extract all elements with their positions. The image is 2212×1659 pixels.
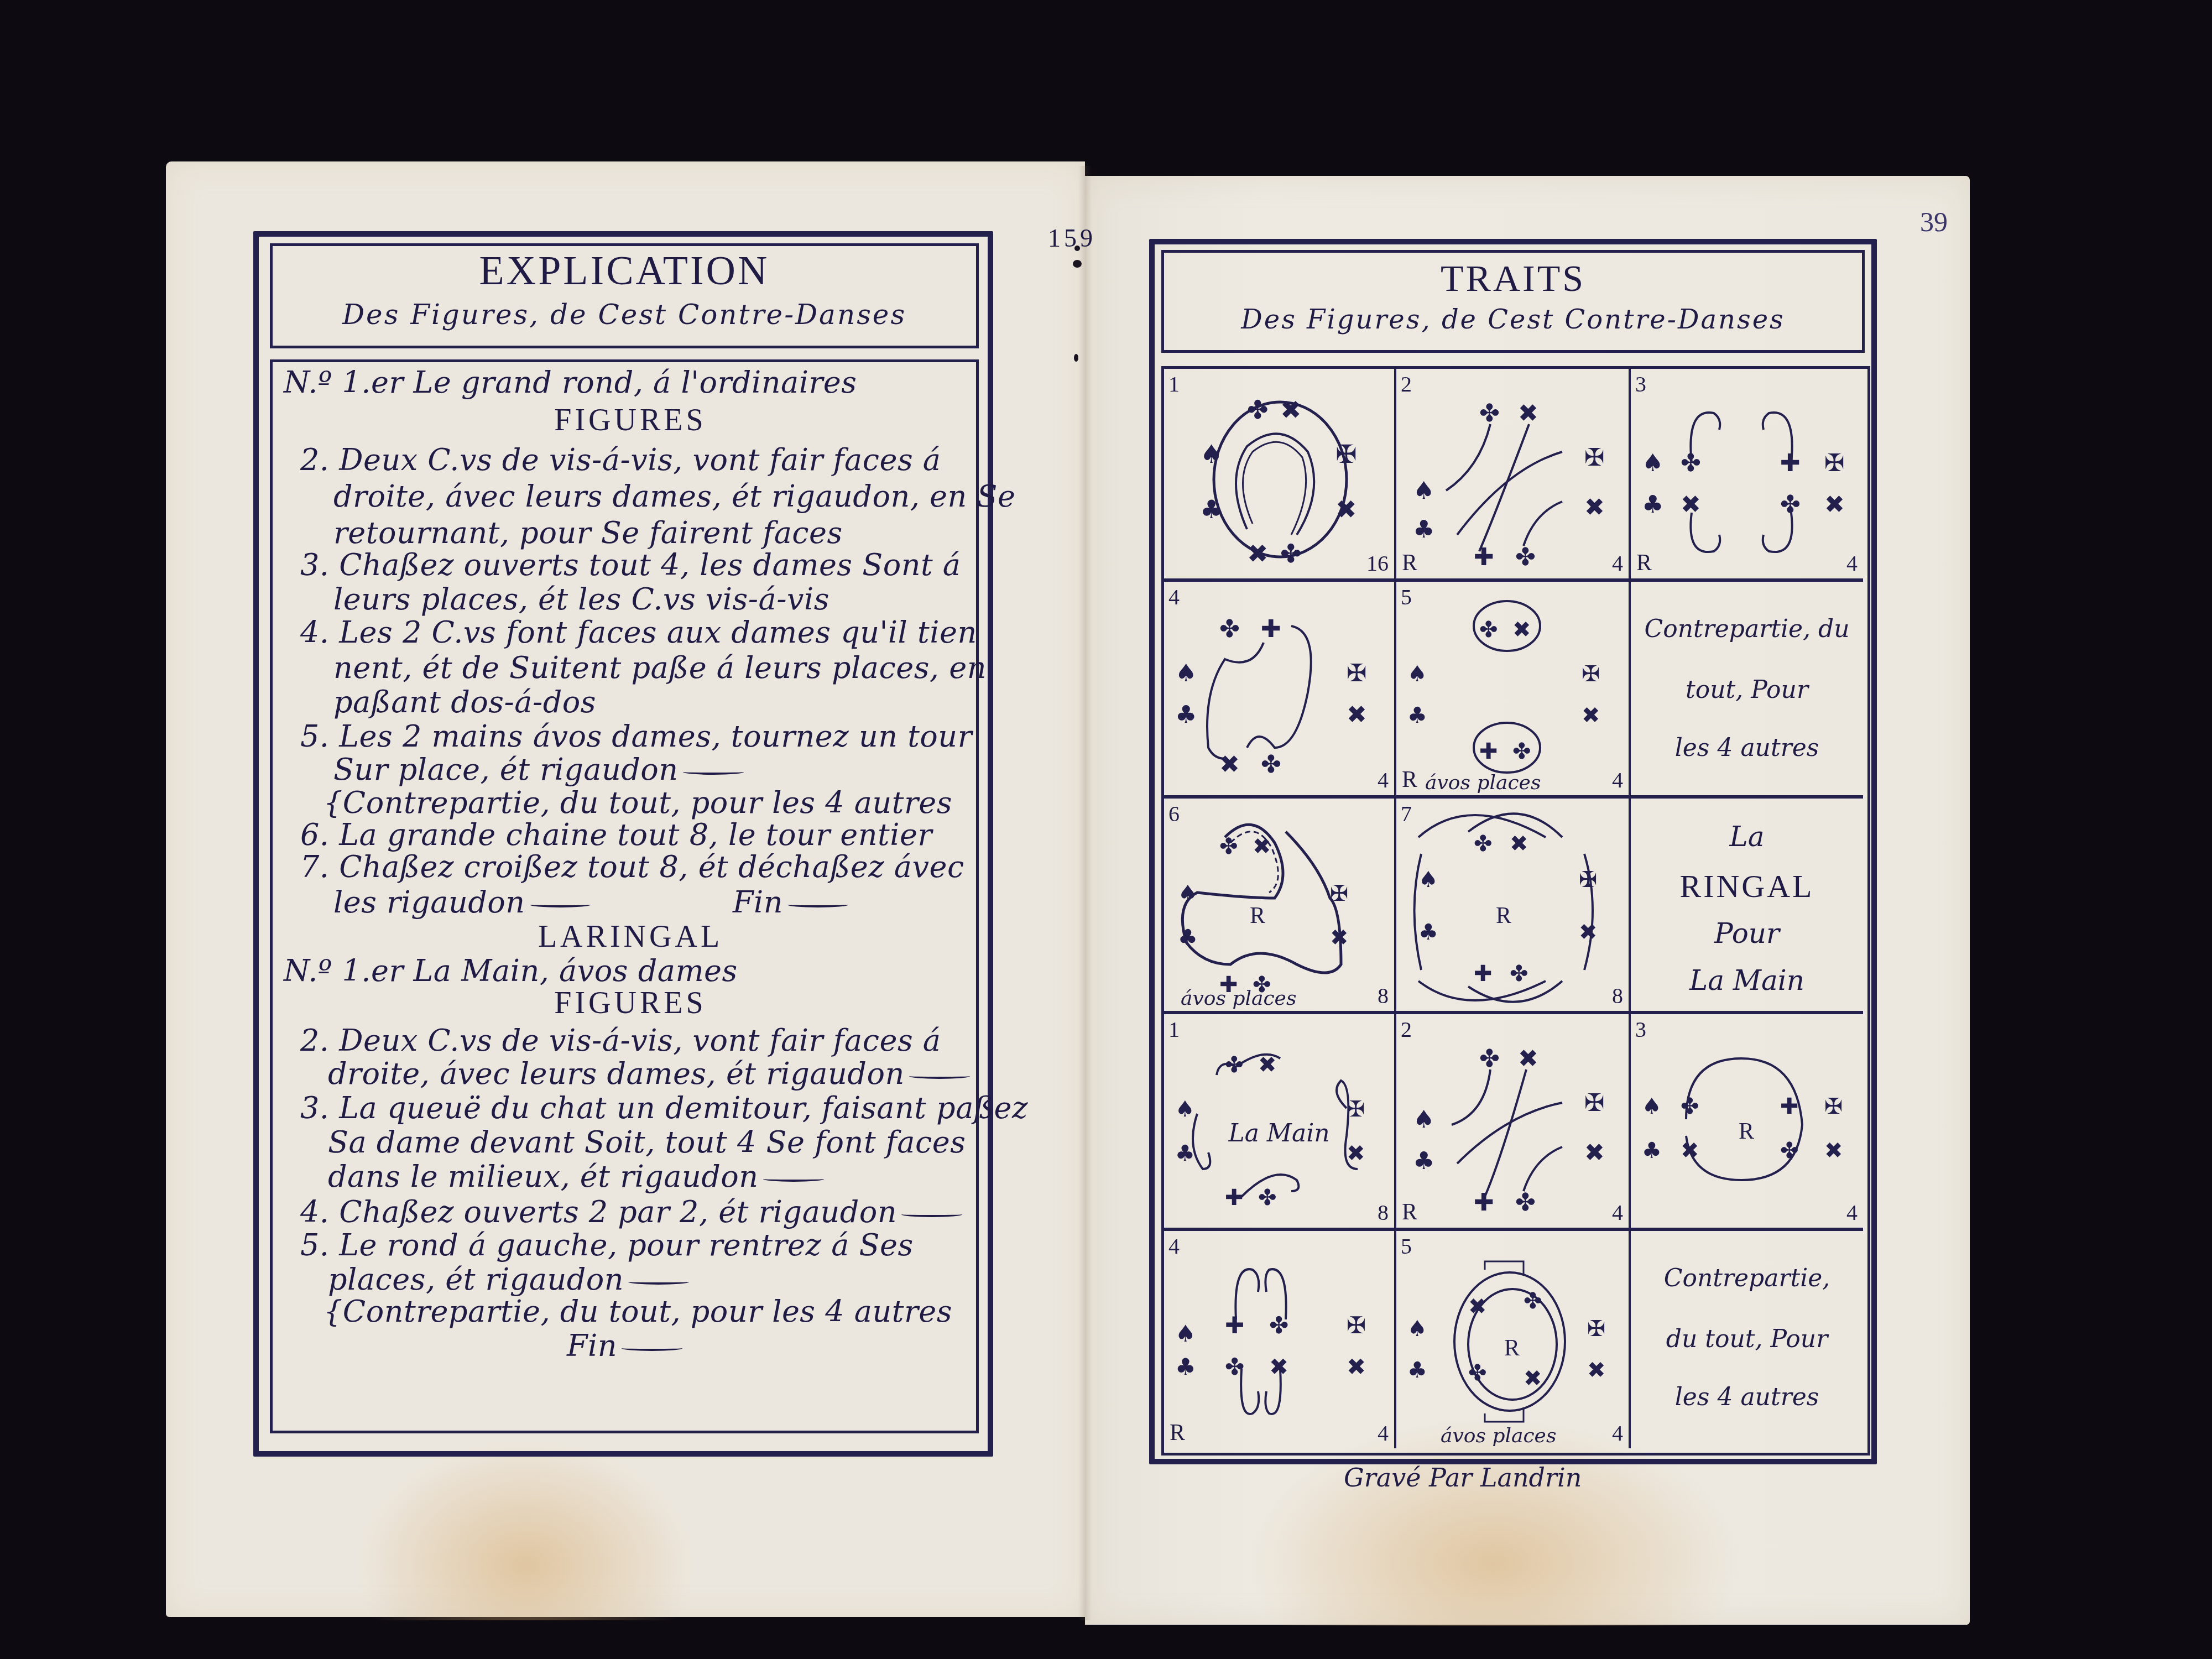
svg-text:R: R bbox=[1739, 1119, 1754, 1144]
measure-count: 4 bbox=[1612, 1420, 1623, 1446]
svg-text:✖: ✖ bbox=[1512, 617, 1531, 643]
contrepartie-line: {Contrepartie, du tout, pour les 4 autre… bbox=[324, 785, 952, 820]
diagram-cell: 4 ✤✚ ♠✠ ♣✖ ✖✤ 4 bbox=[1164, 582, 1396, 799]
measure-count: 8 bbox=[1378, 983, 1389, 1009]
reprise-mark: R bbox=[1402, 550, 1417, 576]
cell-caption: ávos places bbox=[1181, 987, 1296, 1010]
svg-text:✖: ✖ bbox=[1824, 491, 1845, 519]
svg-text:✖: ✖ bbox=[1524, 1366, 1542, 1391]
svg-text:♠: ♠ bbox=[1175, 659, 1197, 687]
figure-line: leurs places, ét les C.vs vis-á-vis bbox=[333, 582, 830, 617]
svg-text:✖: ✖ bbox=[1347, 1353, 1366, 1380]
svg-text:✖: ✖ bbox=[1518, 1045, 1538, 1073]
figure-line: les rigaudon bbox=[333, 885, 591, 920]
svg-text:♠: ♠ bbox=[1175, 1320, 1196, 1347]
svg-text:♠: ♠ bbox=[1413, 1105, 1434, 1134]
svg-text:✠: ✠ bbox=[1824, 449, 1845, 477]
diagram-cell: 5 ✤✖ ♠✠ ♣✖ ✚✤ R ávos places 4 bbox=[1396, 582, 1631, 799]
svg-text:♣: ♣ bbox=[1413, 1147, 1434, 1175]
svg-text:✤: ✤ bbox=[1510, 961, 1528, 987]
svg-text:✖: ✖ bbox=[1258, 1052, 1277, 1078]
figure-line: 4. Chaßez ouverts 2 par 2, ét rigaudon bbox=[300, 1194, 962, 1229]
svg-text:✤: ✤ bbox=[1219, 615, 1240, 643]
diagram-cell: 3 ♠✤✚✠ ♣✖✤✖ R 4 bbox=[1631, 1014, 1863, 1231]
svg-text:✖: ✖ bbox=[1824, 1138, 1843, 1164]
page-title-explication: EXPLICATION bbox=[270, 248, 979, 295]
queue-du-chat-diagram-icon: ♠✤✚✠ ♣✖✤✖ R bbox=[1631, 1014, 1863, 1231]
measure-count: 4 bbox=[1378, 1420, 1389, 1446]
svg-text:✠: ✠ bbox=[1587, 1316, 1606, 1342]
figure-line: 3. Chaßez ouverts tout 4, les dames Sont… bbox=[300, 547, 961, 582]
dance-title-laringal: LARINGAL bbox=[279, 919, 982, 954]
svg-text:♣: ♣ bbox=[1642, 1138, 1662, 1164]
measure-count: 4 bbox=[1612, 1199, 1623, 1225]
water-stain-left bbox=[354, 1438, 697, 1620]
svg-text:♠: ♠ bbox=[1407, 661, 1427, 687]
figure-line: 2. Deux C.vs de vis-á-vis, vont fair fac… bbox=[300, 442, 941, 477]
svg-text:✖: ✖ bbox=[1579, 920, 1598, 945]
rond-a-gauche-diagram-icon: ✖✤ ♠✠ ♣✖ ✤✖ R bbox=[1396, 1231, 1631, 1448]
right-title-block: TRAITS Des Figures, de Cest Contre-Danse… bbox=[1161, 250, 1865, 353]
dos-a-dos-diagram-icon: ✤✚ ♠✠ ♣✖ ✖✤ bbox=[1164, 582, 1396, 799]
diagram-cell: 2 ✤✖ ♠✠ ♣✖ ✚✤ R 4 bbox=[1396, 369, 1631, 582]
grand-rond-diagram-icon: ✤✖ ♠✠ ♣✖ ✖✤ bbox=[1164, 369, 1396, 582]
vis-a-vis-diagram-icon: ✤✖ ♠✠ ♣✖ ✚✤ bbox=[1396, 369, 1631, 582]
svg-text:✖: ✖ bbox=[1584, 1139, 1605, 1167]
measure-count: 4 bbox=[1846, 550, 1858, 576]
ringal-text: La bbox=[1631, 821, 1863, 853]
svg-text:✖: ✖ bbox=[1587, 1358, 1606, 1383]
svg-text:✚: ✚ bbox=[1261, 615, 1281, 643]
contrepartie-text: Contrepartie, du bbox=[1631, 615, 1863, 643]
svg-text:✚: ✚ bbox=[1225, 1185, 1244, 1211]
svg-text:♠: ♠ bbox=[1642, 449, 1663, 477]
svg-text:R: R bbox=[1250, 903, 1265, 928]
reprise-mark: R bbox=[1402, 1199, 1417, 1225]
cell-caption: ávos places bbox=[1441, 1425, 1556, 1447]
svg-text:✠: ✠ bbox=[1347, 1312, 1366, 1339]
deux-mains-diagram-icon: ✤✖ ♠✠ ♣✖ ✚✤ bbox=[1396, 582, 1631, 799]
measure-count: 4 bbox=[1846, 1199, 1858, 1225]
figure-line: Sur place, ét rigaudon bbox=[333, 752, 744, 787]
svg-text:♠: ♠ bbox=[1407, 1316, 1427, 1342]
binding-hole bbox=[1073, 260, 1082, 268]
svg-text:✖: ✖ bbox=[1247, 539, 1269, 568]
svg-text:✤: ✤ bbox=[1681, 1094, 1699, 1119]
figure-line: 4. Les 2 C.vs font faces aux dames qu'il… bbox=[300, 615, 977, 650]
svg-text:✚: ✚ bbox=[1479, 739, 1498, 764]
svg-text:✚: ✚ bbox=[1780, 1094, 1799, 1119]
svg-text:✚: ✚ bbox=[1474, 543, 1494, 571]
figure-diagram-grid: 1 ✤✖ ♠✠ ♣✖ ✖✤ 16 2 ✤✖ ♠✠ ♣✖ ✚✤ bbox=[1161, 366, 1870, 1455]
figure-line: 5. Le rond á gauche, pour rentrez á Ses bbox=[300, 1228, 914, 1262]
figure-line: 3. La queuë du chat un demitour, faisant… bbox=[300, 1091, 1028, 1125]
svg-text:✖: ✖ bbox=[1582, 703, 1600, 728]
figure-line: 2. Deux C.vs de vis-á-vis, vont fair fac… bbox=[300, 1023, 941, 1058]
figure-line: nent, ét de Suitent paße á leurs places,… bbox=[333, 650, 987, 685]
figure-line: 6. La grande chaine tout 8, le tour enti… bbox=[300, 817, 932, 852]
left-title-block: EXPLICATION Des Figures, de Cest Contre-… bbox=[270, 243, 979, 348]
diagram-cell: 7 ✤✖ ♠✠ ♣✖ ✚✤ R 8 bbox=[1396, 799, 1631, 1014]
svg-text:✖: ✖ bbox=[1518, 399, 1538, 427]
svg-text:♣: ♣ bbox=[1407, 703, 1427, 728]
svg-text:✤: ✤ bbox=[1524, 1288, 1542, 1314]
svg-text:✤: ✤ bbox=[1512, 739, 1531, 764]
figure-line: 5. Les 2 mains ávos dames, tournez un to… bbox=[300, 719, 972, 754]
figure-line: dans le milieux, ét rigaudon bbox=[328, 1159, 824, 1194]
figure-line: droite, ávec leurs dames, ét rigaudon bbox=[328, 1056, 970, 1091]
svg-text:✖: ✖ bbox=[1253, 834, 1271, 859]
svg-text:✖: ✖ bbox=[1681, 1138, 1699, 1164]
measure-count: 4 bbox=[1378, 767, 1389, 793]
svg-text:✤: ✤ bbox=[1474, 831, 1493, 857]
svg-text:✤: ✤ bbox=[1258, 1185, 1277, 1211]
figure-line: 7. Chaßez croißez tout 8, ét déchaßez áv… bbox=[300, 849, 964, 884]
svg-text:✤: ✤ bbox=[1515, 543, 1536, 571]
diagram-cell: 2 ✤✖ ♠✠ ♣✖ ✚✤ R 4 bbox=[1396, 1014, 1631, 1231]
svg-text:♣: ♣ bbox=[1178, 925, 1198, 951]
figure-line: places, ét rigaudon bbox=[328, 1262, 689, 1297]
ringal-text: Pour bbox=[1631, 917, 1863, 950]
vis-a-vis-diagram-icon: ✤✖ ♠✠ ♣✖ ✚✤ bbox=[1396, 1014, 1631, 1231]
engraver-credit: Gravé Par Landrin bbox=[1344, 1463, 1582, 1493]
svg-text:✤: ✤ bbox=[1515, 1188, 1536, 1217]
svg-text:✚: ✚ bbox=[1474, 1188, 1494, 1217]
svg-text:♣: ♣ bbox=[1175, 701, 1197, 729]
figure-line: retournant, pour Se fairent faces bbox=[333, 515, 843, 550]
page-number: 159 bbox=[1048, 223, 1096, 253]
la-main-caption: La Main bbox=[1164, 1119, 1394, 1147]
grande-chaine-diagram-icon: ✤✖ ♠✠ ♣✖ ✚✤ R bbox=[1164, 799, 1396, 1014]
contrepartie-text: Contrepartie, bbox=[1631, 1264, 1863, 1292]
diagram-cell: 5 ✖✤ ♠✠ ♣✖ ✤✖ R ávos places 4 bbox=[1396, 1231, 1631, 1448]
svg-text:✤: ✤ bbox=[1479, 617, 1498, 643]
chassez-ouverts-diagram-icon: ♠✚✤✠ ♣✤✖✖ bbox=[1164, 1231, 1396, 1448]
svg-text:✠: ✠ bbox=[1824, 1094, 1843, 1119]
page-title-traits: TRAITS bbox=[1161, 257, 1865, 300]
ringal-text: RINGAL bbox=[1631, 868, 1863, 905]
fin-label: Fin bbox=[567, 1328, 682, 1363]
dance1-first-figure: N.º 1.er Le grand rond, á l'ordinaires bbox=[284, 365, 857, 400]
svg-text:♠: ♠ bbox=[1175, 1097, 1195, 1122]
measure-count: 4 bbox=[1612, 550, 1623, 576]
svg-text:✤: ✤ bbox=[1269, 1312, 1288, 1339]
ringal-title-cell: La RINGAL Pour La Main bbox=[1631, 799, 1863, 1014]
book-gutter bbox=[1078, 166, 1092, 1620]
diagram-cell: 4 ♠✚✤✠ ♣✤✖✖ R 4 bbox=[1164, 1231, 1396, 1448]
figure-line: Sa dame devant Soit, tout 4 Se font face… bbox=[328, 1125, 966, 1160]
diagram-cell: 6 ✤✖ ♠✠ ♣✖ ✚✤ R ávos places 8 bbox=[1164, 799, 1396, 1014]
contrepartie-text: du tout, Pour bbox=[1631, 1325, 1863, 1353]
svg-text:✠: ✠ bbox=[1582, 661, 1600, 687]
svg-text:✖: ✖ bbox=[1280, 395, 1302, 425]
svg-text:✠: ✠ bbox=[1579, 867, 1598, 893]
ringal-text: La Main bbox=[1631, 964, 1863, 997]
figures-heading: FIGURES bbox=[279, 403, 982, 438]
chassez-ouverts-diagram-icon: ♠✤✚✠ ♣✖✤✖ bbox=[1631, 369, 1863, 582]
svg-text:✠: ✠ bbox=[1330, 881, 1349, 906]
svg-text:✠: ✠ bbox=[1347, 659, 1367, 687]
svg-text:✖: ✖ bbox=[1468, 1294, 1487, 1319]
measure-count: 4 bbox=[1612, 767, 1623, 793]
svg-text:✤: ✤ bbox=[1479, 1045, 1500, 1073]
svg-text:✖: ✖ bbox=[1510, 831, 1528, 857]
svg-text:✤: ✤ bbox=[1280, 539, 1302, 568]
measure-count: 16 bbox=[1366, 550, 1389, 576]
contrepartie-text: les 4 autres bbox=[1631, 734, 1863, 762]
chassez-croisez-diagram-icon: ✤✖ ♠✠ ♣✖ ✚✤ R bbox=[1396, 799, 1631, 1014]
figure-line: droite, ávec leurs dames, ét rigaudon, e… bbox=[333, 479, 1015, 514]
svg-text:✤: ✤ bbox=[1468, 1360, 1487, 1386]
svg-text:✖: ✖ bbox=[1347, 701, 1367, 729]
svg-text:♣: ♣ bbox=[1642, 491, 1663, 519]
svg-text:♣: ♣ bbox=[1175, 1353, 1196, 1380]
diagram-cell: 1 ✤✖ ♠✠ ♣✖ ✖✤ 16 bbox=[1164, 369, 1396, 582]
svg-text:✠: ✠ bbox=[1584, 444, 1605, 472]
binding-hole bbox=[1074, 354, 1078, 362]
svg-text:✤: ✤ bbox=[1247, 395, 1269, 425]
contrepartie-cell: Contrepartie, du tout, Pour les 4 autres bbox=[1631, 582, 1863, 799]
reprise-mark: R bbox=[1636, 550, 1652, 576]
svg-text:♠: ♠ bbox=[1642, 1094, 1662, 1119]
svg-text:✚: ✚ bbox=[1780, 449, 1801, 477]
contrepartie-text: les 4 autres bbox=[1631, 1383, 1863, 1411]
measure-count: 8 bbox=[1612, 983, 1623, 1009]
svg-text:✠: ✠ bbox=[1335, 439, 1357, 469]
figure-line: paßant dos-á-dos bbox=[333, 685, 596, 719]
svg-text:♣: ♣ bbox=[1407, 1358, 1427, 1383]
reprise-mark: R bbox=[1170, 1420, 1185, 1446]
svg-text:♣: ♣ bbox=[1200, 494, 1223, 524]
svg-text:✖: ✖ bbox=[1219, 750, 1240, 779]
svg-text:R: R bbox=[1504, 1335, 1520, 1361]
svg-text:♠: ♠ bbox=[1178, 881, 1198, 906]
svg-text:♠: ♠ bbox=[1200, 439, 1223, 469]
cell-caption: ávos places bbox=[1425, 771, 1541, 794]
svg-text:✤: ✤ bbox=[1780, 1138, 1799, 1164]
contrepartie-text: tout, Pour bbox=[1631, 676, 1863, 704]
svg-text:✤: ✤ bbox=[1681, 449, 1701, 477]
svg-text:♠: ♠ bbox=[1418, 867, 1438, 893]
diagram-cell: 3 ♠✤✚✠ ♣✖✤✖ R 4 bbox=[1631, 369, 1863, 582]
svg-text:♠: ♠ bbox=[1413, 477, 1434, 505]
figures-heading: FIGURES bbox=[279, 985, 982, 1021]
svg-text:✠: ✠ bbox=[1584, 1089, 1605, 1117]
dance2-first-figure: N.º 1.er La Main, ávos dames bbox=[284, 953, 738, 988]
svg-text:✤: ✤ bbox=[1225, 1052, 1244, 1078]
measure-count: 8 bbox=[1378, 1199, 1389, 1225]
contrepartie-cell: Contrepartie, du tout, Pour les 4 autres bbox=[1631, 1231, 1863, 1448]
svg-text:R: R bbox=[1496, 903, 1511, 928]
folio-number: 39 bbox=[1920, 206, 1948, 238]
svg-text:✠: ✠ bbox=[1347, 1097, 1365, 1122]
svg-text:✤: ✤ bbox=[1225, 1353, 1244, 1380]
diagram-cell: 1 ✤✖ ♠✠ ♣✖ ✚✤ La Main 8 bbox=[1164, 1014, 1396, 1231]
reprise-mark: R bbox=[1402, 766, 1417, 793]
contrepartie-line: {Contrepartie, du tout, pour les 4 autre… bbox=[324, 1294, 952, 1329]
svg-text:✤: ✤ bbox=[1261, 750, 1281, 779]
svg-text:✖: ✖ bbox=[1335, 494, 1357, 524]
svg-text:✚: ✚ bbox=[1225, 1312, 1244, 1339]
page-subtitle: Des Figures, de Cest Contre-Danses bbox=[1161, 304, 1865, 335]
svg-text:✖: ✖ bbox=[1330, 925, 1349, 951]
svg-text:✖: ✖ bbox=[1681, 491, 1701, 519]
svg-text:✖: ✖ bbox=[1584, 493, 1605, 521]
svg-text:✚: ✚ bbox=[1474, 961, 1493, 987]
fin-label: Fin bbox=[733, 885, 848, 920]
svg-text:✤: ✤ bbox=[1780, 491, 1801, 519]
svg-text:✤: ✤ bbox=[1479, 399, 1500, 427]
svg-text:✖: ✖ bbox=[1269, 1353, 1288, 1380]
svg-text:✤: ✤ bbox=[1219, 834, 1238, 859]
svg-text:♣: ♣ bbox=[1418, 920, 1438, 945]
page-subtitle: Des Figures, de Cest Contre-Danses bbox=[270, 299, 979, 331]
svg-text:♣: ♣ bbox=[1413, 515, 1434, 544]
